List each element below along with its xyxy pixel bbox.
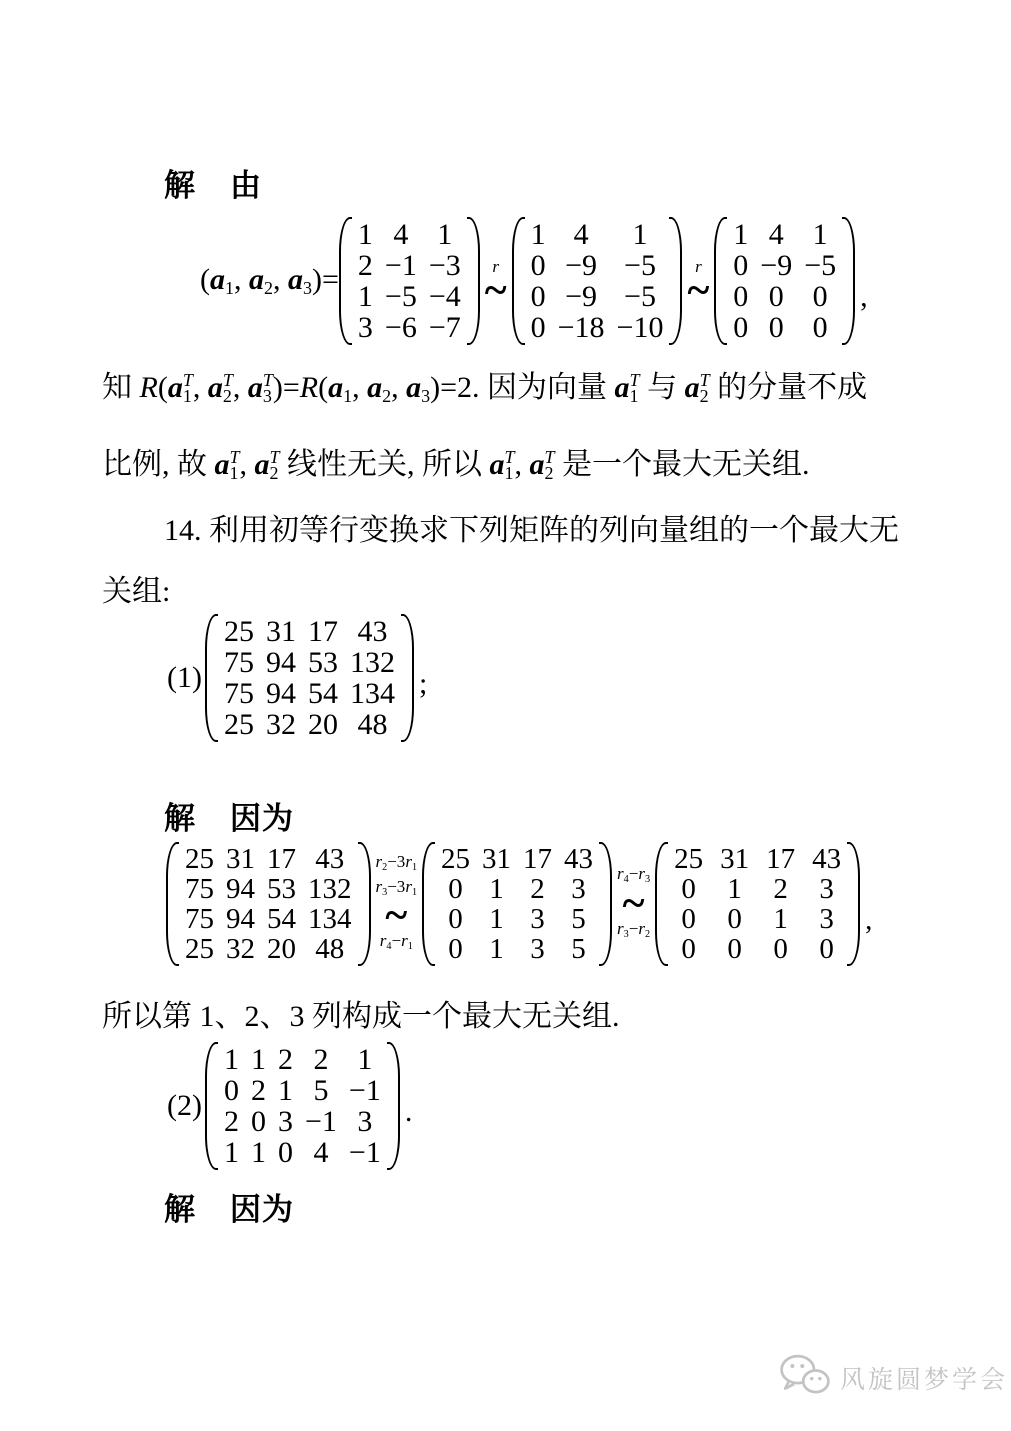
matrix-cell: 32 — [226, 934, 255, 964]
matrix-cell: 3 — [564, 874, 593, 904]
matrix-cell: −10 — [617, 312, 664, 343]
row-equivalence-symbol: r2−3r1 r3−3r1 ~ r4−r1 — [376, 852, 418, 957]
matrix-cell: 0 — [804, 312, 836, 343]
matrix-cell: 5 — [564, 934, 593, 964]
matrix-cell: 32 — [266, 709, 296, 740]
matrix-cell: −3 — [429, 250, 461, 281]
right-paren — [467, 217, 480, 345]
matrix-cell: 0 — [766, 934, 795, 964]
matrix-cell: 20 — [308, 709, 338, 740]
matrix-cell: −6 — [385, 312, 417, 343]
solution-heading-2: 解 因为 — [164, 793, 294, 838]
matrix-cell: 1 — [733, 219, 748, 250]
row-op-label: r2−3r1 — [376, 852, 418, 877]
document-page: 解 由 (a1, a2, a3)= 1412−1−31−5−43−6−7 r ~… — [0, 0, 1011, 1431]
left-paren — [714, 217, 727, 345]
matrix-b: 1410−9−50−9−50−18−10 — [512, 215, 683, 347]
matrix-cell: 25 — [441, 844, 470, 874]
problem-14: 14. 利用初等行变换求下列矩阵的列向量组的一个最大无 关组: — [102, 500, 937, 622]
matrix-cell: 1 — [804, 219, 836, 250]
matrix-cell: 17 — [766, 844, 795, 874]
row-op-label: r4−r1 — [380, 931, 413, 956]
matrix-cell: 94 — [226, 874, 255, 904]
matrix-cell: 0 — [531, 281, 546, 312]
matrix-cell: 43 — [812, 844, 841, 874]
item-tail: ; — [419, 667, 427, 701]
solution-label: 解 — [164, 160, 196, 205]
matrix-cell: 3 — [278, 1106, 293, 1137]
matrix-cell: 0 — [720, 934, 749, 964]
matrix-cell: 1 — [617, 219, 664, 250]
right-paren — [599, 842, 612, 966]
matrix-cell: 1 — [482, 904, 511, 934]
solution-word: 因为 — [230, 793, 294, 838]
matrix-cell: 0 — [251, 1106, 266, 1137]
matrix-cell: 1 — [349, 1044, 381, 1075]
matrix-cell: 75 — [185, 904, 214, 934]
watermark-text: 风旋圆梦学会 — [840, 1360, 1008, 1396]
matrix-cell: 4 — [305, 1137, 337, 1168]
equation-tail: , — [860, 280, 868, 314]
row-equivalence-symbol: r ~ — [485, 257, 507, 306]
solution-word: 因为 — [230, 1184, 294, 1229]
matrix-cell: 2 — [358, 250, 373, 281]
equation-1: (a1, a2, a3)= 1412−1−31−5−43−6−7 r ~ 141… — [200, 215, 868, 347]
problem-line: 14. 利用初等行变换求下列矩阵的列向量组的一个最大无 — [164, 500, 937, 561]
matrix-cell: 17 — [308, 616, 338, 647]
left-paren — [339, 217, 352, 345]
left-paren — [205, 614, 218, 742]
paragraph-rank: 知 R(a1T, a2T, a3T)=R(a1, a2, a3)=2. 因为向量… — [102, 350, 937, 504]
matrix-cell: 53 — [308, 647, 338, 678]
equation-2: 2531174375945313275945413425322048 r2−3r… — [166, 840, 872, 968]
matrix-cell: −4 — [429, 281, 461, 312]
matrix-cell: 0 — [531, 312, 546, 343]
matrix-cell: −5 — [617, 250, 664, 281]
matrix-cell: 3 — [812, 874, 841, 904]
matrix-cell: 0 — [720, 904, 749, 934]
matrix-cell: 1 — [251, 1044, 266, 1075]
matrix-cell: 1 — [720, 874, 749, 904]
matrix-cell: 4 — [558, 219, 605, 250]
matrix-cell: −9 — [558, 250, 605, 281]
matrix-cell: 94 — [266, 647, 296, 678]
matrix-cell: 54 — [267, 904, 296, 934]
item-1-matrix: 2531174375945313275945413425322048 — [205, 612, 414, 744]
matrix-cell: 0 — [733, 312, 748, 343]
paragraph-line: 知 R(a1T, a2T, a3T)=R(a1, a2, a3)=2. 因为向量… — [102, 350, 937, 427]
matrix-cell: 0 — [531, 250, 546, 281]
conclusion-1: 所以第 1、2、3 列构成一个最大无关组. — [102, 986, 620, 1047]
matrix-cell: 48 — [350, 709, 395, 740]
matrix-cell: 1 — [482, 874, 511, 904]
row-op-label: r3−r2 — [617, 919, 650, 944]
row-equivalence-symbol: r ~ — [687, 257, 709, 306]
equation-tail: , — [865, 904, 872, 937]
item-1: (1) 2531174375945313275945413425322048 ; — [167, 612, 427, 744]
matrix-cell: 43 — [350, 616, 395, 647]
matrix-cell: −1 — [385, 250, 417, 281]
matrix-cell: 0 — [760, 281, 792, 312]
matrix-cell: 0 — [760, 312, 792, 343]
matrix-cell: 94 — [266, 678, 296, 709]
matrix-cell: 0 — [278, 1137, 293, 1168]
matrix-cell: 31 — [226, 844, 255, 874]
matrix-b: 25311743012301350135 — [422, 840, 612, 968]
matrix-cell: 132 — [350, 647, 395, 678]
matrix-cell: −5 — [385, 281, 417, 312]
matrix-cell: 53 — [267, 874, 296, 904]
matrix-cell: 0 — [674, 934, 703, 964]
right-paren — [358, 842, 371, 966]
matrix-c: 1410−9−5000000 — [714, 215, 855, 347]
matrix-cell: 4 — [760, 219, 792, 250]
matrix-cell: −5 — [617, 281, 664, 312]
item-2: (2) 112210215−1203−131104−1 . — [167, 1040, 412, 1172]
equation-lhs: (a1, a2, a3)= — [200, 263, 339, 299]
item-2-matrix: 112210215−1203−131104−1 — [205, 1040, 400, 1172]
matrix-cell: 75 — [185, 874, 214, 904]
matrix-cell: 1 — [358, 281, 373, 312]
matrix-cell: 43 — [308, 844, 352, 874]
matrix-cell: 25 — [185, 934, 214, 964]
matrix-cell: 1 — [358, 219, 373, 250]
matrix-c: 25311743012300130000 — [655, 840, 860, 968]
matrix-cell: 2 — [766, 874, 795, 904]
matrix-cell: 0 — [224, 1075, 239, 1106]
paragraph-line: 比例, 故 a1T, a2T 线性无关, 所以 a1T, a2T 是一个最大无关… — [102, 427, 937, 504]
right-paren — [847, 842, 860, 966]
watermark: 风旋圆梦学会 — [778, 1352, 1008, 1403]
matrix-cell: 1 — [766, 904, 795, 934]
matrix-cell: 0 — [733, 250, 748, 281]
matrix-cell: 4 — [385, 219, 417, 250]
item-tail: . — [405, 1095, 413, 1129]
solution-heading-1: 解 由 — [164, 160, 262, 205]
row-equivalence-symbol: r4−r3 ~ r3−r2 — [617, 864, 650, 944]
right-paren — [842, 217, 855, 345]
matrix-cell: 0 — [812, 934, 841, 964]
wechat-icon — [778, 1352, 832, 1403]
item-label: (1) — [167, 661, 202, 695]
matrix-cell: 31 — [482, 844, 511, 874]
solution-heading-3: 解 因为 — [164, 1184, 294, 1229]
matrix-cell: −9 — [760, 250, 792, 281]
matrix-cell: 0 — [804, 281, 836, 312]
matrix-cell: 2 — [305, 1044, 337, 1075]
matrix-cell: 2 — [224, 1106, 239, 1137]
solution-word: 由 — [230, 160, 262, 205]
matrix-cell: 3 — [523, 904, 552, 934]
matrix-cell: 48 — [308, 934, 352, 964]
matrix-cell: 134 — [350, 678, 395, 709]
matrix-cell: 1 — [251, 1137, 266, 1168]
matrix-a: 1412−1−31−5−43−6−7 — [339, 215, 480, 347]
matrix-cell: 31 — [720, 844, 749, 874]
tilde-icon: ~ — [623, 889, 645, 919]
matrix-cell: 75 — [224, 678, 254, 709]
matrix-cell: 1 — [429, 219, 461, 250]
matrix-cell: 1 — [482, 934, 511, 964]
right-paren — [669, 217, 682, 345]
matrix-cell: 2 — [278, 1044, 293, 1075]
matrix-cell: 17 — [523, 844, 552, 874]
matrix-cell: 75 — [224, 647, 254, 678]
matrix-cell: 5 — [564, 904, 593, 934]
matrix-cell: −18 — [558, 312, 605, 343]
matrix-cell: 0 — [441, 904, 470, 934]
left-paren — [422, 842, 435, 966]
matrix-cell: −1 — [349, 1137, 381, 1168]
right-paren — [387, 1042, 400, 1170]
matrix-cell: 25 — [224, 709, 254, 740]
matrix-cell: 0 — [674, 874, 703, 904]
matrix-cell: 25 — [224, 616, 254, 647]
matrix-cell: 25 — [185, 844, 214, 874]
solution-label: 解 — [164, 793, 196, 838]
matrix-cell: −1 — [349, 1075, 381, 1106]
matrix-cell: 2 — [251, 1075, 266, 1106]
tilde-icon: ~ — [687, 276, 709, 306]
matrix-cell: 43 — [564, 844, 593, 874]
matrix-cell: 0 — [674, 904, 703, 934]
matrix-cell: 3 — [349, 1106, 381, 1137]
matrix-cell: 132 — [308, 874, 352, 904]
matrix-cell: 0 — [441, 874, 470, 904]
matrix-cell: 3 — [358, 312, 373, 343]
matrix-cell: 1 — [531, 219, 546, 250]
matrix-cell: 17 — [267, 844, 296, 874]
matrix-cell: 0 — [733, 281, 748, 312]
matrix-cell: 3 — [812, 904, 841, 934]
matrix-cell: 25 — [674, 844, 703, 874]
matrix-cell: 1 — [224, 1044, 239, 1075]
matrix-cell: 134 — [308, 904, 352, 934]
matrix-cell: −9 — [558, 281, 605, 312]
solution-label: 解 — [164, 1184, 196, 1229]
matrix-cell: 94 — [226, 904, 255, 934]
matrix-cell: −7 — [429, 312, 461, 343]
matrix-cell: 54 — [308, 678, 338, 709]
item-label: (2) — [167, 1089, 202, 1123]
matrix-cell: 31 — [266, 616, 296, 647]
matrix-a: 2531174375945313275945413425322048 — [166, 840, 371, 968]
left-paren — [205, 1042, 218, 1170]
matrix-cell: 2 — [523, 874, 552, 904]
matrix-cell: 0 — [441, 934, 470, 964]
matrix-cell: 1 — [224, 1137, 239, 1168]
left-paren — [512, 217, 525, 345]
matrix-cell: −5 — [804, 250, 836, 281]
matrix-cell: 1 — [278, 1075, 293, 1106]
tilde-icon: ~ — [385, 901, 407, 931]
matrix-cell: 5 — [305, 1075, 337, 1106]
matrix-cell: 3 — [523, 934, 552, 964]
right-paren — [401, 614, 414, 742]
matrix-cell: −1 — [305, 1106, 337, 1137]
left-paren — [166, 842, 179, 966]
tilde-icon: ~ — [485, 276, 507, 306]
matrix-cell: 20 — [267, 934, 296, 964]
left-paren — [655, 842, 668, 966]
